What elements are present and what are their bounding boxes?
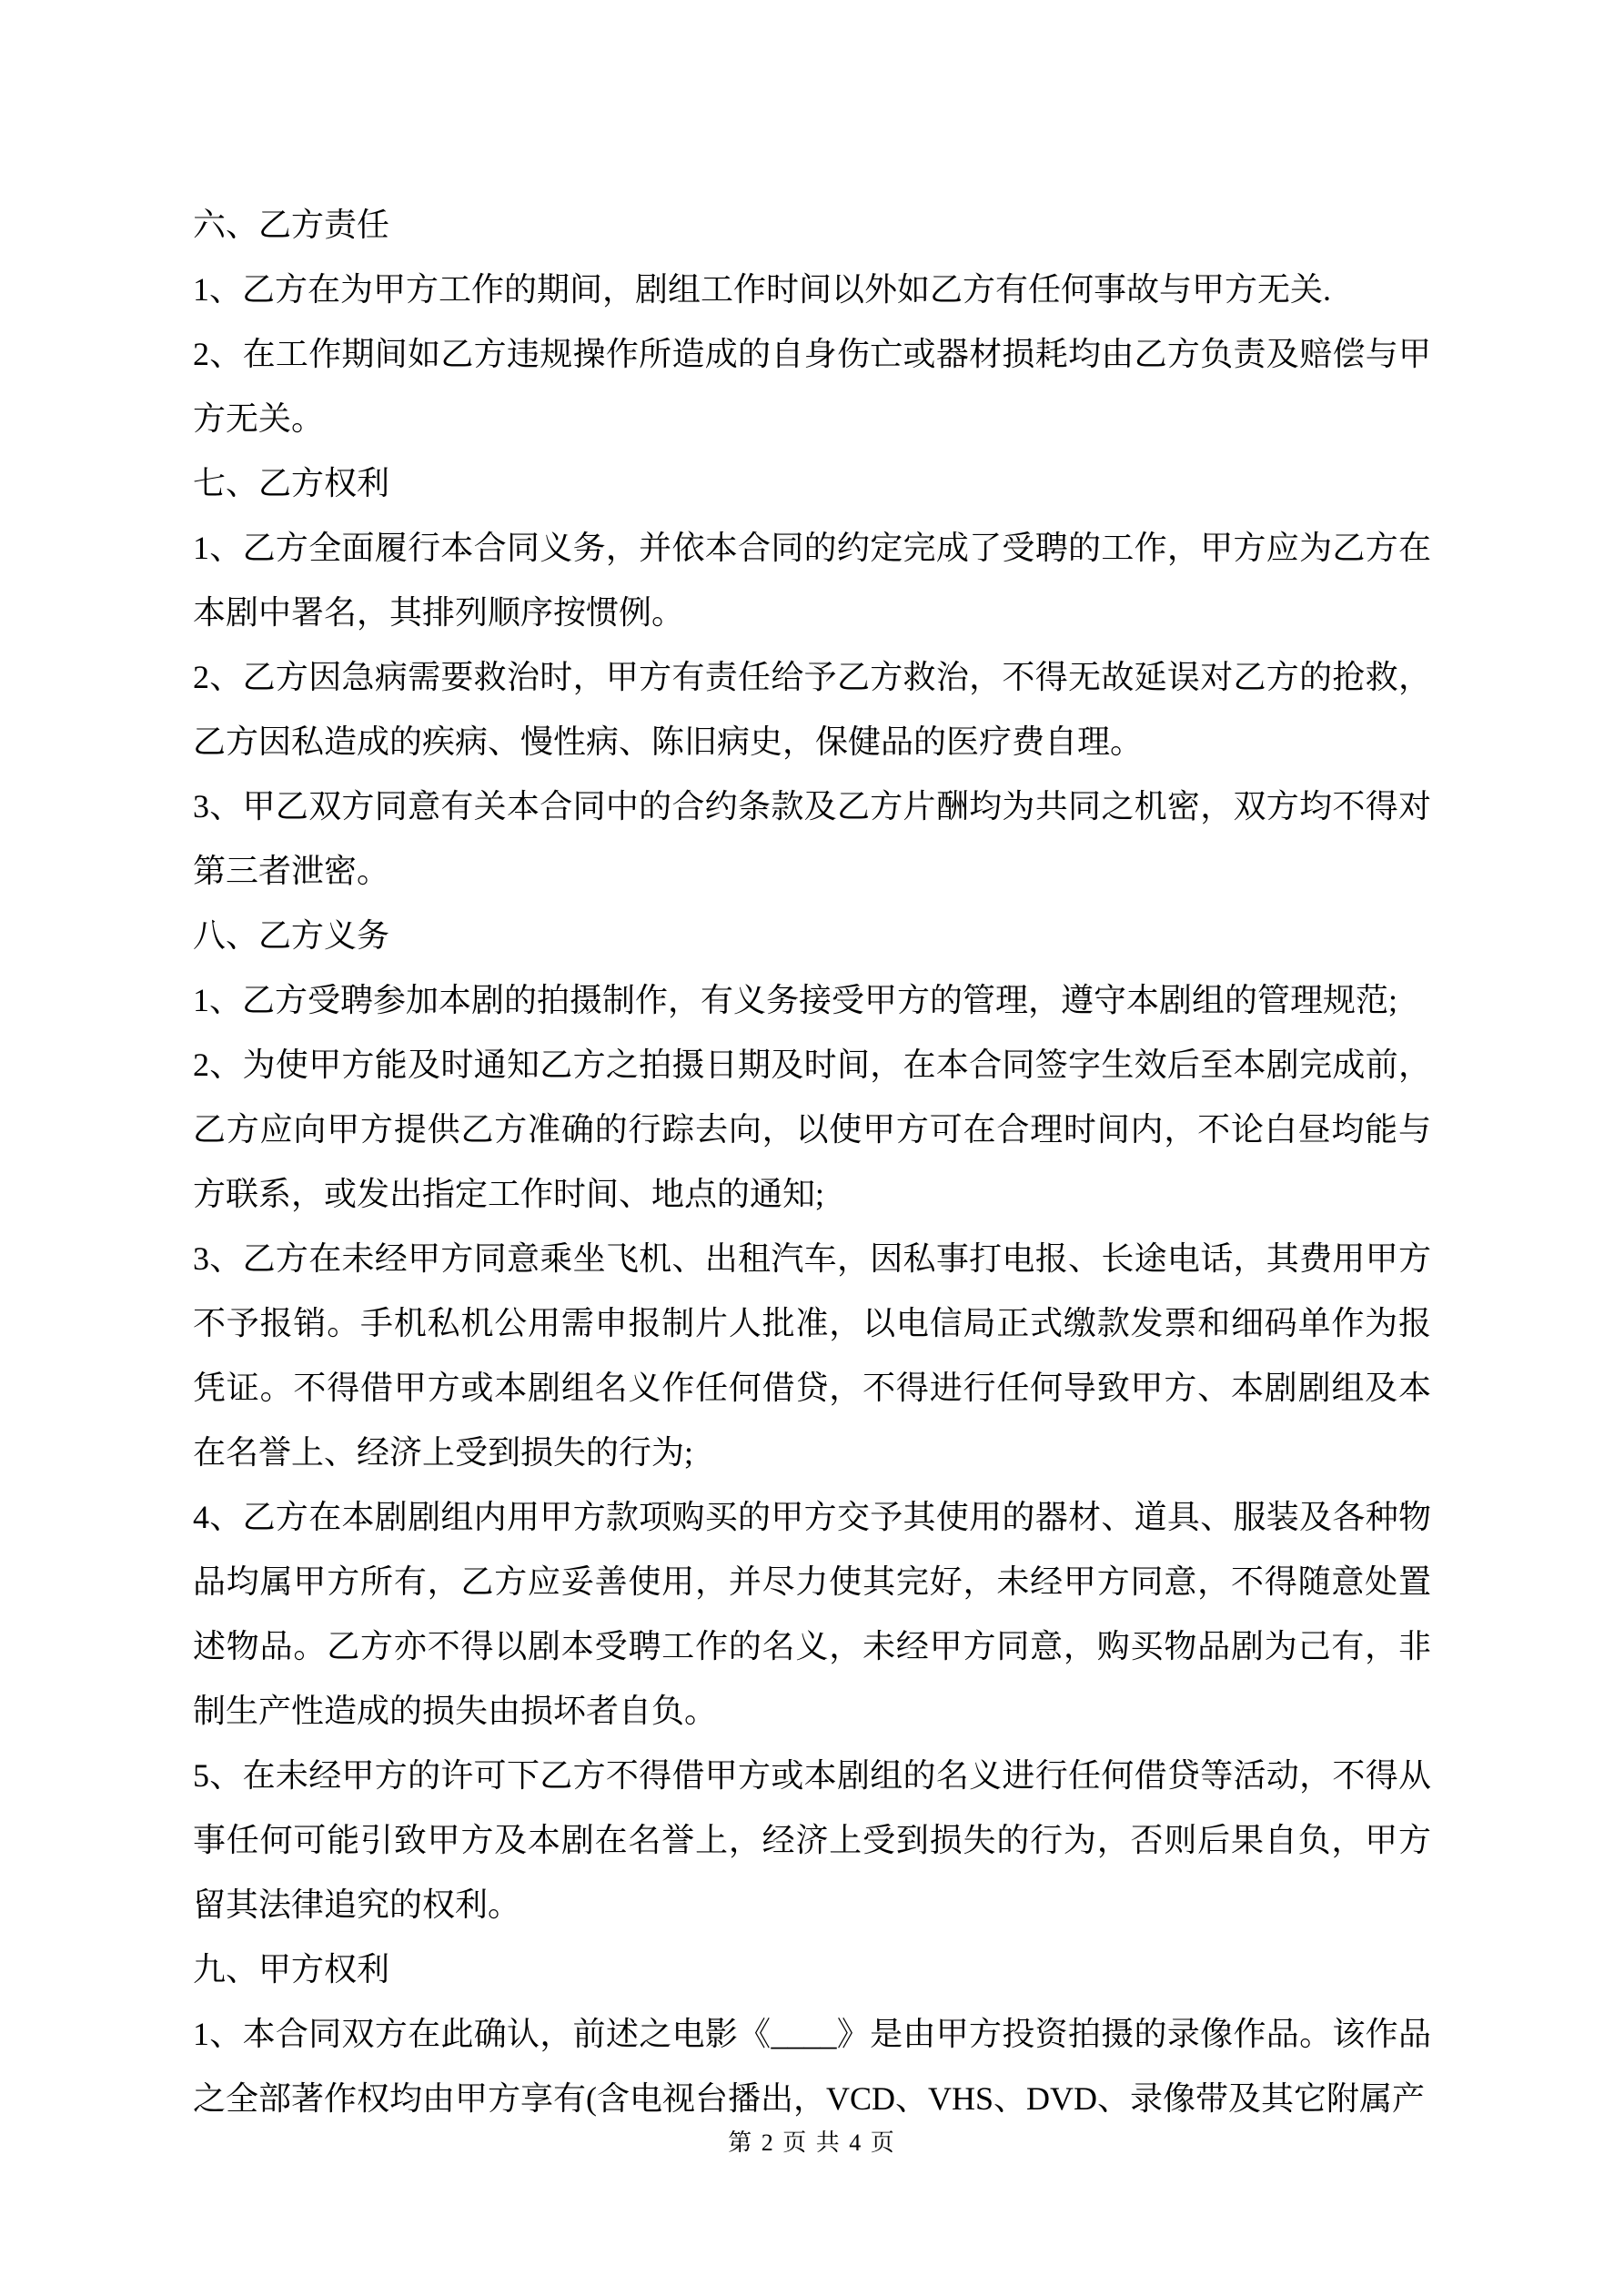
section-heading: 八、乙方义务 <box>193 904 1431 968</box>
contract-text-line: 2、在工作期间如乙方违规操作所造成的自身伤亡或器材损耗均由乙方负责及赔偿与甲 <box>193 322 1431 387</box>
contract-text-line: 1、本合同双方在此确认，前述之电影《____》是由甲方投资拍摄的录像作品。该作品 <box>193 2002 1431 2067</box>
contract-text-line: 乙方因私造成的疾病、慢性病、陈旧病史，保健品的医疗费自理。 <box>193 710 1431 774</box>
section-heading: 七、乙方权利 <box>193 451 1431 516</box>
section-heading: 六、乙方责任 <box>193 193 1431 258</box>
contract-text-line: 凭证。不得借甲方或本剧组名义作任何借贷，不得进行任何导致甲方、本剧剧组及本剧 <box>193 1356 1431 1421</box>
contract-text-line: 第三者泄密。 <box>193 839 1431 904</box>
contract-text-line: 5、在未经甲方的许可下乙方不得借甲方或本剧组的名义进行任何借贷等活动，不得从 <box>193 1744 1431 1808</box>
document-page: 六、乙方责任1、乙方在为甲方工作的期间，剧组工作时间以外如乙方有任何事故与甲方无… <box>0 0 1624 2296</box>
contract-text-line: 2、为使甲方能及时通知乙方之拍摄日期及时间，在本合同签字生效后至本剧完成前， <box>193 1033 1431 1097</box>
page-number-footer: 第 2 页 共 4 页 <box>0 2122 1624 2163</box>
contract-text-line: 制生产性造成的损失由损坏者自负。 <box>193 1679 1431 1744</box>
contract-text-line: 事任何可能引致甲方及本剧在名誉上，经济上受到损失的行为，否则后果自负，甲方保 <box>193 1808 1431 1873</box>
contract-text-line: 乙方应向甲方提供乙方准确的行踪去向，以使甲方可在合理时间内，不论白昼均能与乙 <box>193 1097 1431 1162</box>
contract-text-line: 3、甲乙双方同意有关本合同中的合约条款及乙方片酬均为共同之机密，双方均不得对 <box>193 774 1431 839</box>
contract-text-line: 1、乙方在为甲方工作的期间，剧组工作时间以外如乙方有任何事故与甲方无关. <box>193 258 1431 322</box>
contract-text-line: 本剧中署名，其排列顺序按惯例。 <box>193 581 1431 645</box>
section-heading: 九、甲方权利 <box>193 1937 1431 2002</box>
contract-text-line: 2、乙方因急病需要救治时，甲方有责任给予乙方救治，不得无故延误对乙方的抢救， <box>193 645 1431 710</box>
contract-text-line: 留其法律追究的权利。 <box>193 1873 1431 1937</box>
contract-text-line: 1、乙方受聘参加本剧的拍摄制作，有义务接受甲方的管理，遵守本剧组的管理规范; <box>193 968 1431 1033</box>
contract-text-line: 4、乙方在本剧剧组内用甲方款项购买的甲方交予其使用的器材、道具、服装及各种物 <box>193 1485 1431 1550</box>
contract-text-line: 方联系，或发出指定工作时间、地点的通知; <box>193 1162 1431 1227</box>
contract-body: 六、乙方责任1、乙方在为甲方工作的期间，剧组工作时间以外如乙方有任何事故与甲方无… <box>193 193 1431 2131</box>
contract-text-line: 1、乙方全面履行本合同义务，并依本合同的约定完成了受聘的工作，甲方应为乙方在 <box>193 516 1431 581</box>
contract-text-line: 述物品。乙方亦不得以剧本受聘工作的名义，未经甲方同意，购买物品剧为己有，非限 <box>193 1614 1431 1679</box>
contract-text-line: 方无关。 <box>193 387 1431 451</box>
contract-text-line: 3、乙方在未经甲方同意乘坐飞机、出租汽车，因私事打电报、长途电话，其费用甲方 <box>193 1227 1431 1291</box>
contract-text-line: 品均属甲方所有，乙方应妥善使用，并尽力使其完好，未经甲方同意，不得随意处置上 <box>193 1550 1431 1614</box>
contract-text-line: 在名誉上、经济上受到损失的行为; <box>193 1421 1431 1485</box>
contract-text-line: 不予报销。手机私机公用需申报制片人批准，以电信局正式缴款发票和细码单作为报销 <box>193 1291 1431 1356</box>
